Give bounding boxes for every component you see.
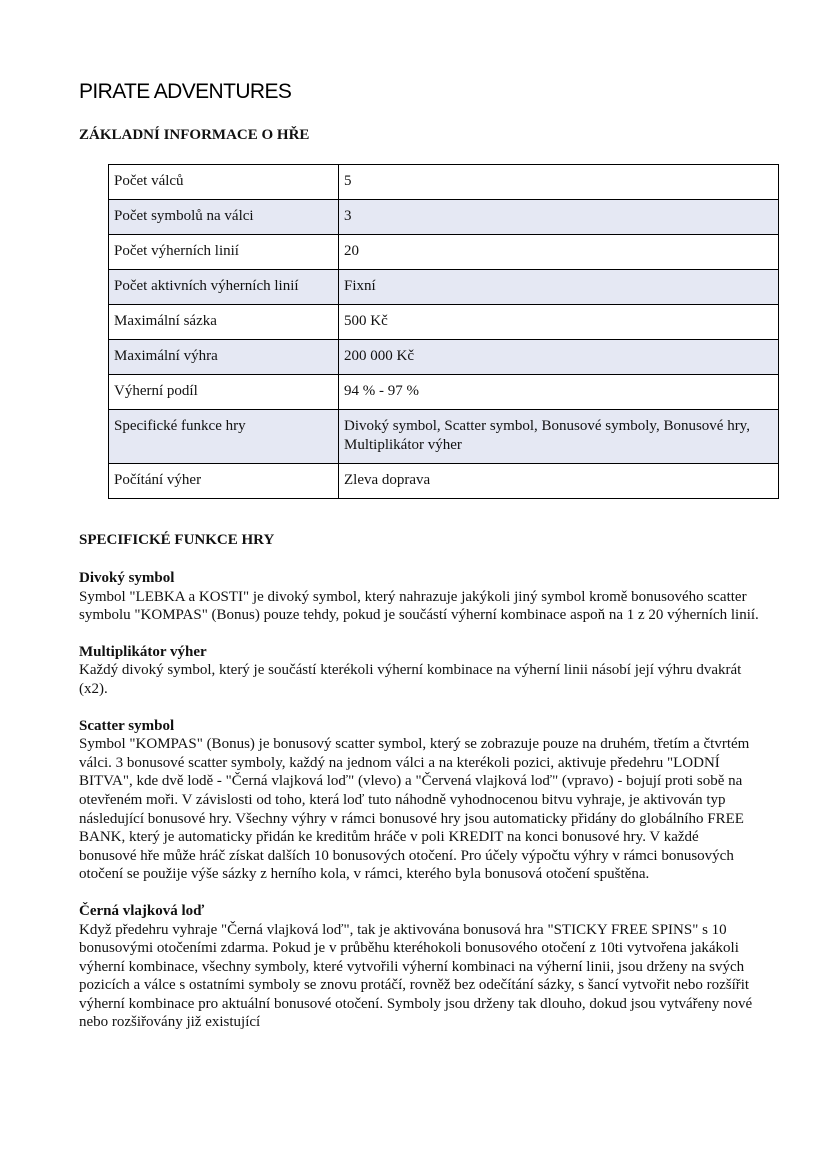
section-black-flagship: Černá vlajková loď Když předehru vyhraje… (79, 902, 759, 1032)
section-win-multiplier: Multiplikátor výher Každý divoký symbol,… (79, 643, 759, 699)
row-label: Maximální výhra (109, 340, 339, 375)
section-text: Když předehru vyhraje "Černá vlajková lo… (79, 921, 759, 1033)
table-row: Počet symbolů na válci 3 (109, 200, 779, 235)
row-value: 5 (339, 165, 779, 200)
section-text: Symbol "LEBKA a KOSTI" je divoký symbol,… (79, 588, 759, 625)
row-value: Fixní (339, 270, 779, 305)
section-scatter-symbol: Scatter symbol Symbol "KOMPAS" (Bonus) j… (79, 717, 759, 884)
table-row: Maximální sázka 500 Kč (109, 305, 779, 340)
table-row: Výherní podíl 94 % - 97 % (109, 375, 779, 410)
basic-info-heading: ZÁKLADNÍ INFORMACE O HŘE (79, 127, 309, 144)
row-label: Počítání výher (109, 464, 339, 499)
document-title: PIRATE ADVENTURES (79, 80, 291, 104)
table-row: Počet aktivních výherních linií Fixní (109, 270, 779, 305)
specific-features-heading: SPECIFICKÉ FUNKCE HRY (79, 532, 274, 549)
row-value: Divoký symbol, Scatter symbol, Bonusové … (339, 410, 779, 464)
row-value: 94 % - 97 % (339, 375, 779, 410)
row-label: Specifické funkce hry (109, 410, 339, 464)
table-row: Maximální výhra 200 000 Kč (109, 340, 779, 375)
section-heading: Černá vlajková loď (79, 902, 759, 921)
section-heading: Multiplikátor výher (79, 643, 759, 662)
table-row: Počítání výher Zleva doprava (109, 464, 779, 499)
feature-sections: Divoký symbol Symbol "LEBKA a KOSTI" je … (79, 569, 759, 1050)
section-wild-symbol: Divoký symbol Symbol "LEBKA a KOSTI" je … (79, 569, 759, 625)
row-value: Zleva doprava (339, 464, 779, 499)
row-label: Počet symbolů na válci (109, 200, 339, 235)
table-row: Počet válců 5 (109, 165, 779, 200)
section-heading: Divoký symbol (79, 569, 759, 588)
section-heading: Scatter symbol (79, 717, 759, 736)
row-value: 20 (339, 235, 779, 270)
table-row: Specifické funkce hry Divoký symbol, Sca… (109, 410, 779, 464)
row-value: 200 000 Kč (339, 340, 779, 375)
row-label: Výherní podíl (109, 375, 339, 410)
row-label: Počet aktivních výherních linií (109, 270, 339, 305)
section-text: Symbol "KOMPAS" (Bonus) je bonusový scat… (79, 735, 759, 884)
document-page: PIRATE ADVENTURES ZÁKLADNÍ INFORMACE O H… (0, 0, 826, 1169)
row-label: Počet válců (109, 165, 339, 200)
table-row: Počet výherních linií 20 (109, 235, 779, 270)
section-text: Každý divoký symbol, který je součástí k… (79, 661, 759, 698)
row-label: Počet výherních linií (109, 235, 339, 270)
row-value: 3 (339, 200, 779, 235)
game-info-table: Počet válců 5 Počet symbolů na válci 3 P… (108, 164, 779, 499)
row-value: 500 Kč (339, 305, 779, 340)
row-label: Maximální sázka (109, 305, 339, 340)
